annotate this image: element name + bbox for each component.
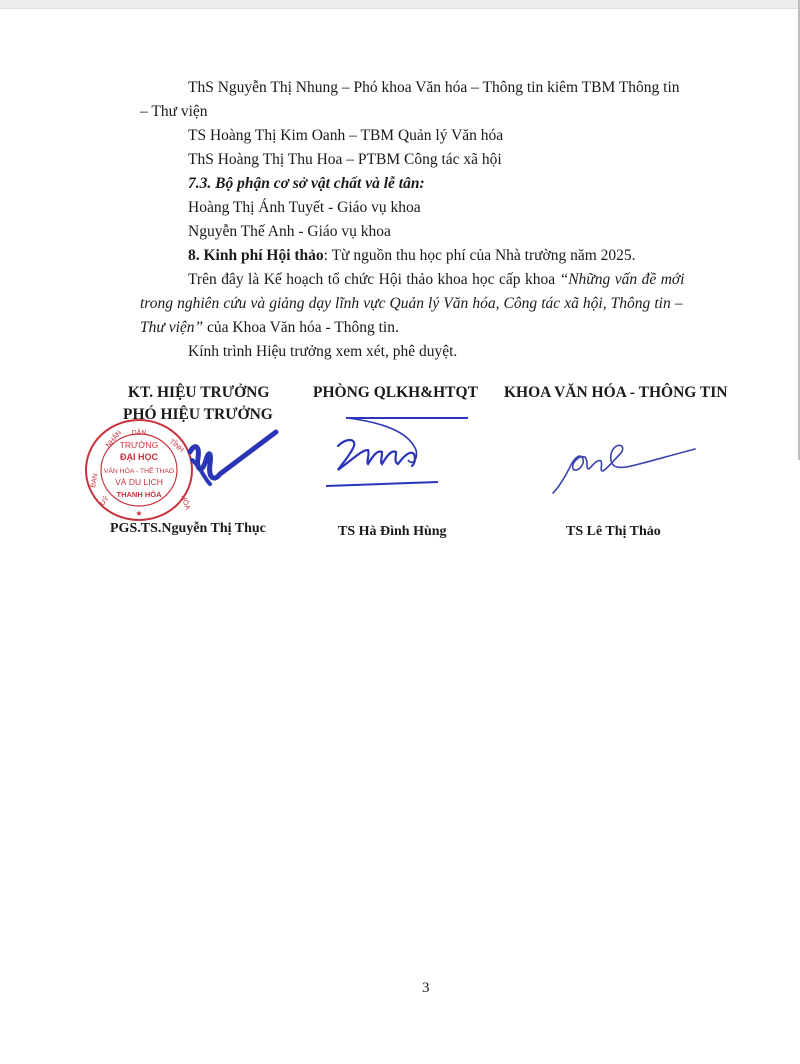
signatory-name: PGS.TS.Nguyễn Thị Thục	[110, 521, 266, 537]
signatory-name: TS Lê Thị Thảo	[566, 524, 661, 540]
body-line: – Thư viện	[140, 102, 208, 122]
svg-text:THANH HÓA: THANH HÓA	[117, 490, 163, 499]
body-line: Kính trình Hiệu trưởng xem xét, phê duyệ…	[188, 342, 457, 362]
svg-text:VĂN HÓA - THỂ THAO: VĂN HÓA - THỂ THAO	[104, 466, 174, 475]
body-line: TS Hoàng Thị Kim Oanh – TBM Quản lý Văn …	[188, 126, 503, 146]
svg-text:ĐẠI HỌC: ĐẠI HỌC	[120, 452, 159, 462]
body-text: Trên đây là Kế hoạch tổ chức Hội thảo kh…	[188, 271, 560, 288]
svg-text:VÀ DU LỊCH: VÀ DU LỊCH	[115, 477, 163, 487]
body-text: : Từ nguồn thu học phí của Nhà trường nă…	[324, 247, 636, 264]
seminar-title: Thư viện”	[140, 319, 203, 336]
signatory-title: KT. HIỆU TRƯỞNG	[128, 384, 269, 402]
svg-text:DÂN: DÂN	[132, 428, 147, 437]
section-8-line: 8. Kinh phí Hội thảo: Từ nguồn thu học p…	[188, 246, 636, 266]
signature-3-icon	[545, 435, 705, 500]
body-line: Hoàng Thị Ánh Tuyết - Giáo vụ khoa	[188, 198, 421, 218]
stamp-icon: DÂN NHÂN TỈNH BAN UỶ HÓA ★ TRƯỜNG ĐẠI HỌ…	[83, 418, 195, 522]
body-text: của Khoa Văn hóa - Thông tin.	[203, 319, 399, 336]
svg-text:BAN: BAN	[90, 473, 99, 488]
closing-line: Trên đây là Kế hoạch tổ chức Hội thảo kh…	[188, 270, 684, 290]
closing-line: Thư viện” của Khoa Văn hóa - Thông tin.	[140, 318, 399, 338]
signatory-title: PHÒNG QLKH&HTQT	[313, 384, 478, 402]
svg-text:UỶ: UỶ	[98, 494, 111, 507]
signature-1-icon	[180, 430, 290, 500]
viewer-top-bar	[0, 0, 800, 9]
signatory-name: TS Hà Đình Hùng	[338, 524, 447, 540]
body-line: Nguyễn Thế Anh - Giáo vụ khoa	[188, 222, 391, 242]
svg-text:★: ★	[135, 509, 142, 518]
seminar-title: “Những vấn đề mới	[560, 271, 685, 288]
section-heading: 8. Kinh phí Hội thảo	[188, 247, 324, 264]
body-line: ThS Nguyễn Thị Nhung – Phó khoa Văn hóa …	[188, 78, 680, 98]
signature-2-icon	[318, 410, 488, 490]
signatory-title: KHOA VĂN HÓA - THÔNG TIN	[504, 384, 728, 402]
svg-text:TRƯỜNG: TRƯỜNG	[120, 440, 159, 450]
official-stamp: DÂN NHÂN TỈNH BAN UỶ HÓA ★ TRƯỜNG ĐẠI HỌ…	[83, 418, 195, 522]
section-heading: 7.3. Bộ phận cơ sở vật chất và lễ tân:	[188, 174, 425, 194]
body-line: ThS Hoàng Thị Thu Hoa – PTBM Công tác xã…	[188, 150, 502, 170]
seminar-title: trong nghiên cứu và giảng dạy lĩnh vực Q…	[140, 294, 683, 314]
page-number: 3	[422, 980, 430, 997]
